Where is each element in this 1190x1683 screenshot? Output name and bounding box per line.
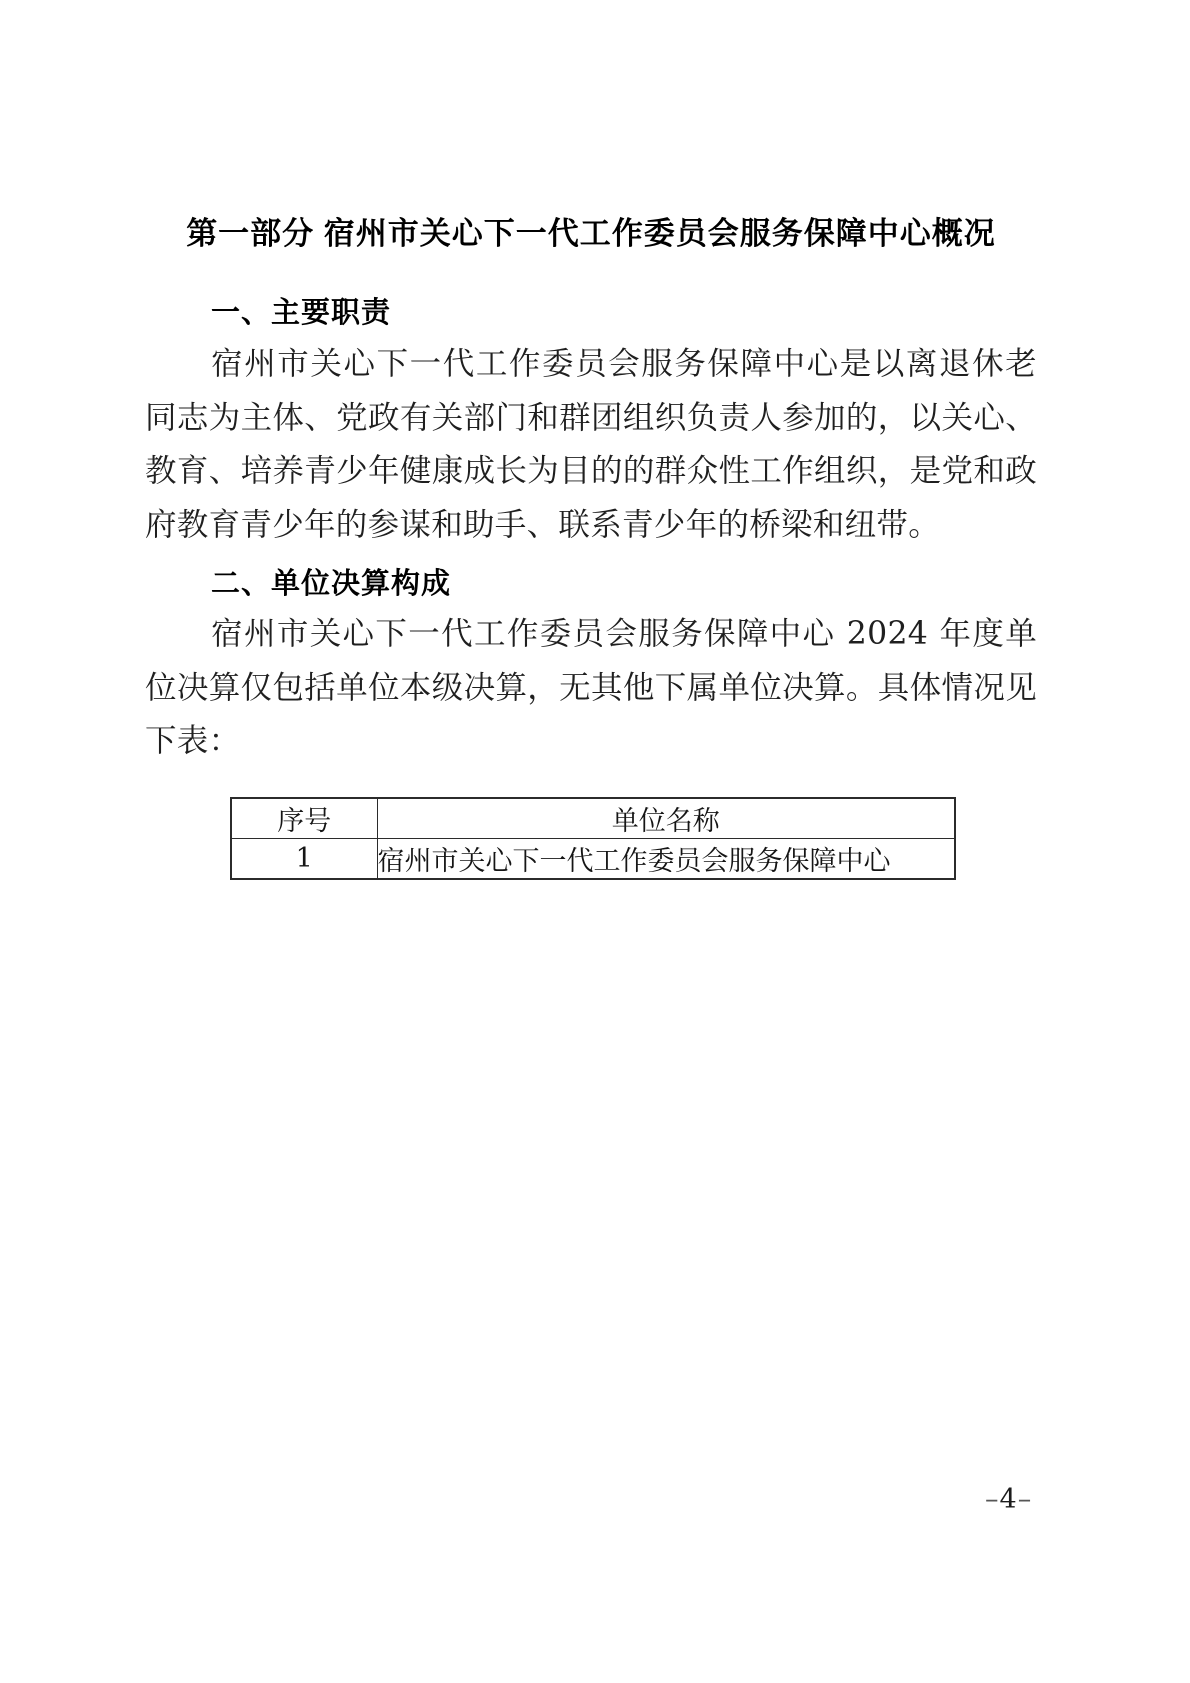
table-header-row: 序号 单位名称 (231, 798, 955, 839)
cell-row-index: 1 (231, 839, 377, 880)
column-header-index: 序号 (231, 798, 377, 839)
page-number-value: 4 (1000, 1484, 1018, 1515)
page-number-dash-left: – (985, 1484, 1000, 1515)
paragraph-main-duties: 宿州市关心下一代工作委员会服务保障中心是以离退休老同志为主体、党政有关部门和群团… (145, 338, 1037, 552)
paragraph-final-accounts-composition: 宿州市关心下一代工作委员会服务保障中心 2024 年度单位决算仅包括单位本级决算… (145, 608, 1037, 769)
cell-unit-name: 宿州市关心下一代工作委员会服务保障中心 (377, 839, 955, 880)
section-heading-final-accounts-composition: 二、单位决算构成 (211, 566, 451, 602)
document-content: 第一部分 宿州市关心下一代工作委员会服务保障中心概况 一、主要职责 宿州市关心下… (145, 0, 1037, 1683)
section-heading-main-duties: 一、主要职责 (211, 295, 391, 331)
page-number-dash-right: – (1018, 1484, 1033, 1515)
page-number: –4– (985, 1483, 1032, 1517)
column-header-unit-name: 单位名称 (377, 798, 955, 839)
document-title: 第一部分 宿州市关心下一代工作委员会服务保障中心概况 (145, 214, 1037, 254)
document-page: 第一部分 宿州市关心下一代工作委员会服务保障中心概况 一、主要职责 宿州市关心下… (0, 0, 1190, 1683)
unit-composition-table: 序号 单位名称 1 宿州市关心下一代工作委员会服务保障中心 (230, 797, 956, 880)
table-row: 1 宿州市关心下一代工作委员会服务保障中心 (231, 839, 955, 880)
